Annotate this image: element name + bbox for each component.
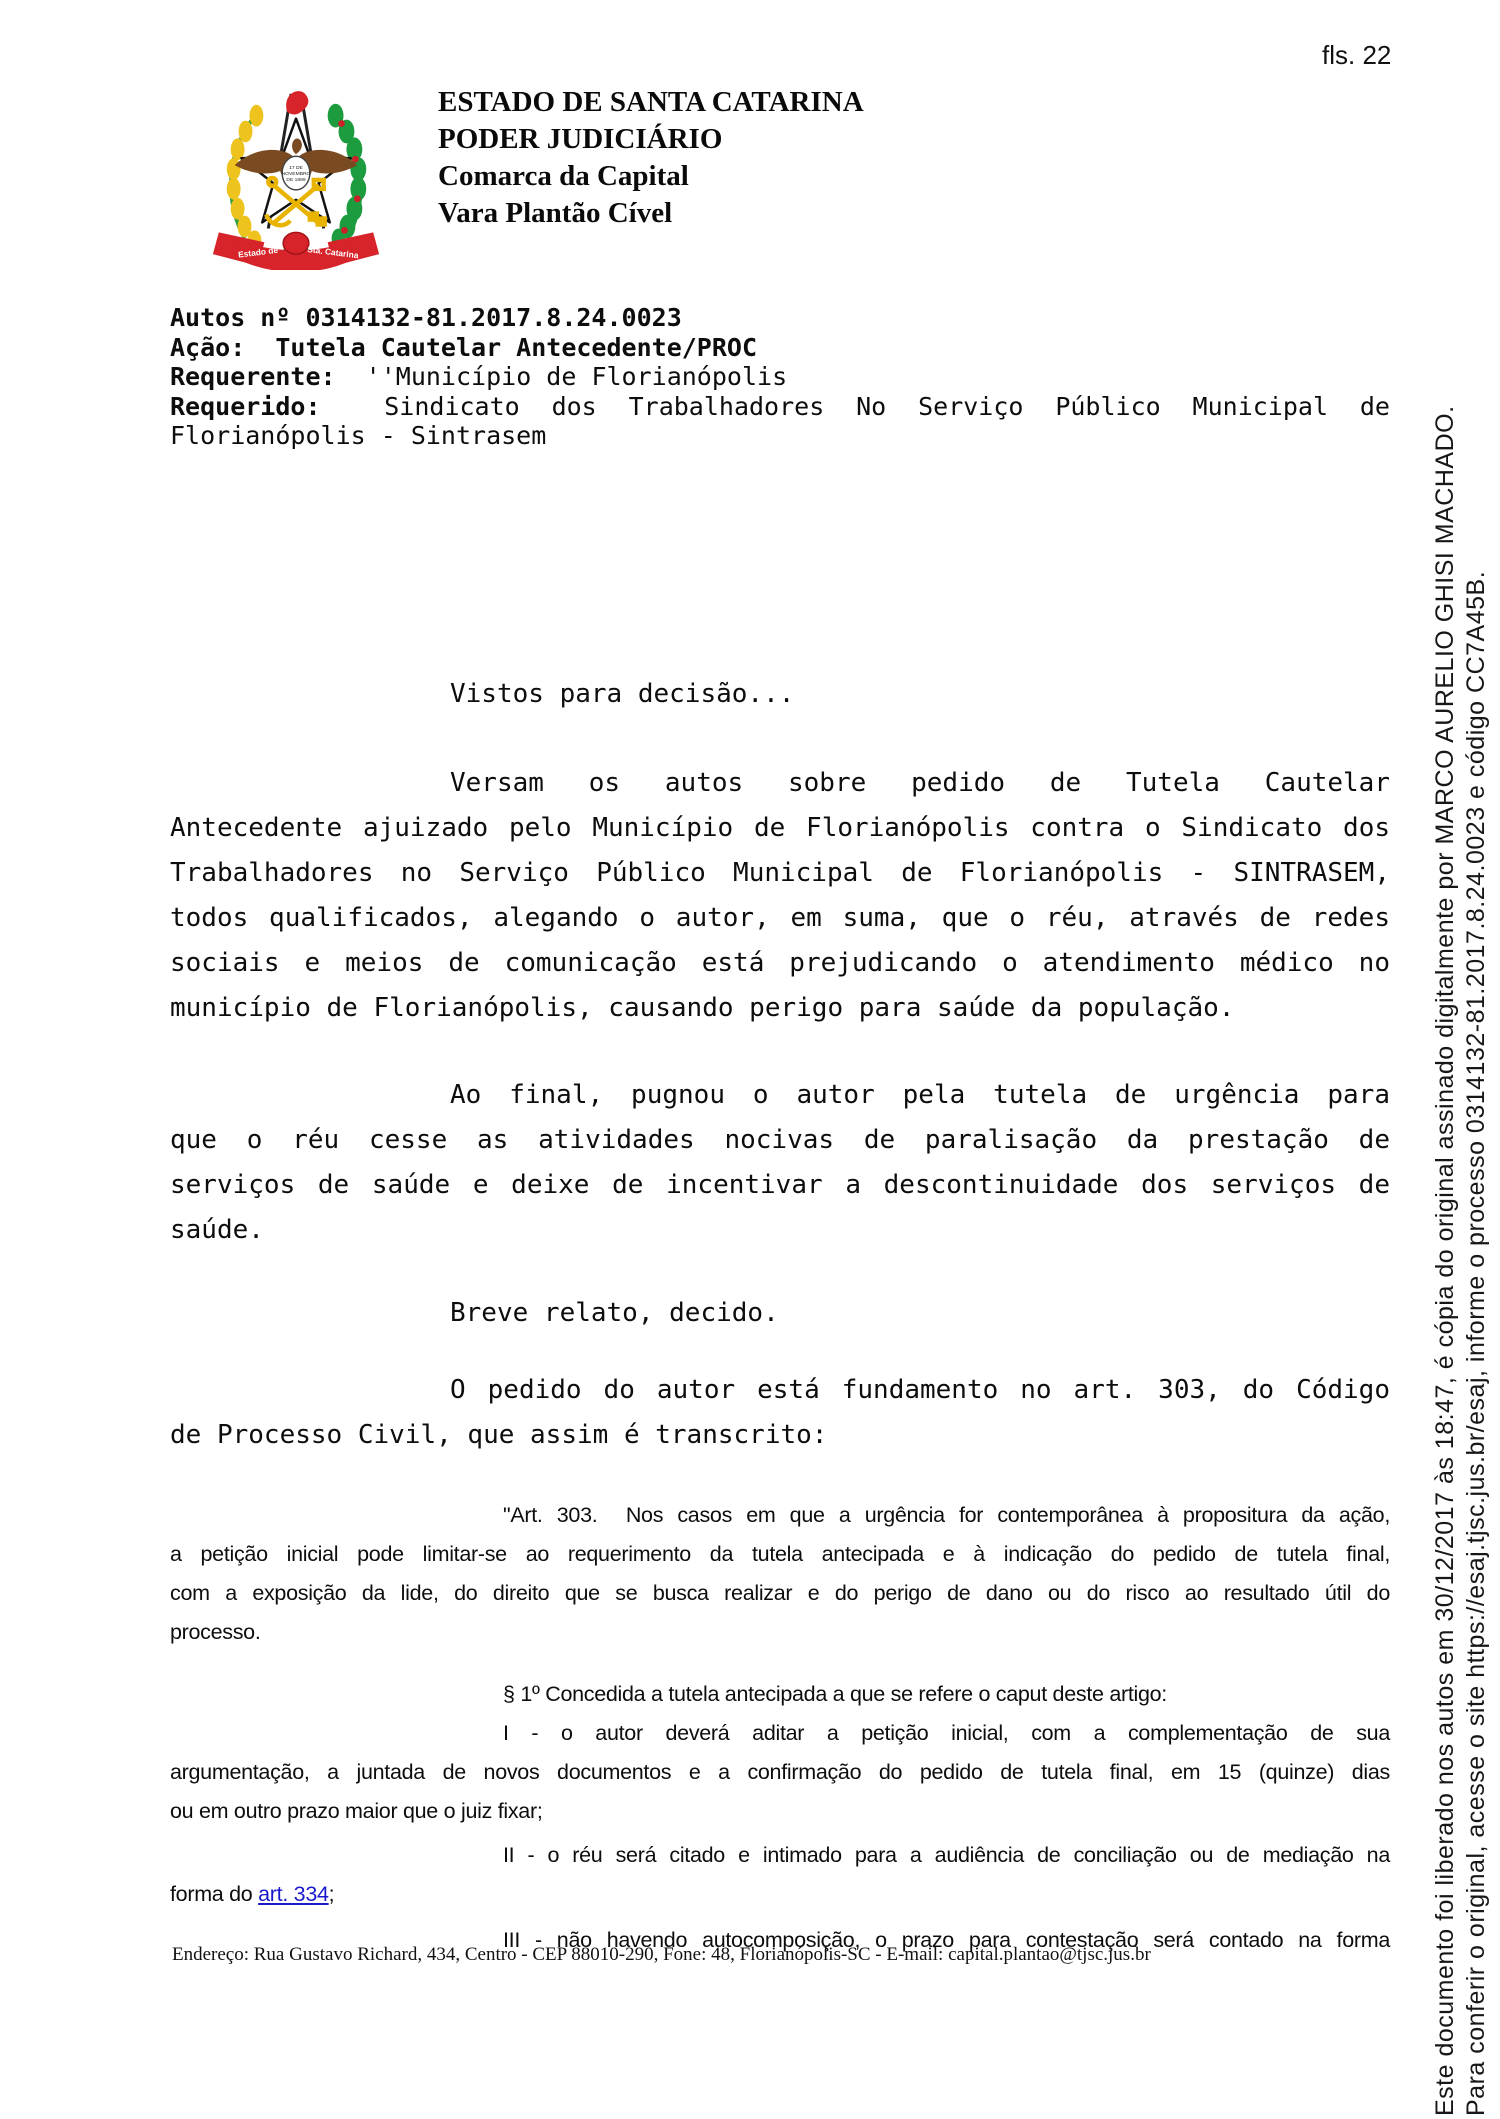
digital-signature-note: Este documento foi liberado nos autos em… bbox=[1430, 416, 1492, 2116]
respondent-label: Requerido: bbox=[170, 392, 321, 421]
quote-item-I: I - o autor deverá aditar a petição inic… bbox=[170, 1714, 1390, 1831]
signature-note-line2: Para conferir o original, acesse o site … bbox=[1461, 416, 1492, 2116]
org-branch-line: PODER JUDICIÁRIO bbox=[438, 121, 864, 158]
paragraph-report: Versam os autos sobre pedido de Tutela C… bbox=[170, 761, 1390, 1031]
case-info: Autos nº 0314132-81.2017.8.24.0023 Ação:… bbox=[170, 303, 1390, 451]
org-comarca-line: Comarca da Capital bbox=[438, 158, 864, 195]
quote-item-II: II - o réu será citado e intimado para a… bbox=[170, 1836, 1390, 1914]
coat-of-arms-icon: 17 DE NOVEMBRO DE 1889 Estado de bbox=[206, 82, 386, 270]
paragraph-request: Ao final, pugnou o autor pela tutela de … bbox=[170, 1073, 1390, 1253]
ribbon-icon: Estado de Sta. Catarina bbox=[213, 232, 379, 270]
paragraph-decido: Breve relato, decido. bbox=[170, 1291, 1390, 1336]
paragraph-vistos: Vistos para decisão... bbox=[170, 672, 1390, 717]
shield-text: NOVEMBRO bbox=[282, 171, 311, 177]
case-claimant: Requerente: ''Município de Florianópolis bbox=[170, 362, 1390, 392]
document-page: fls. 22 bbox=[0, 0, 1500, 2119]
case-action: Ação: Tutela Cautelar Antecedente/PROC bbox=[170, 333, 1390, 363]
decision-body: Vistos para decisão... Versam os autos s… bbox=[170, 672, 1390, 1458]
org-state-line: ESTADO DE SANTA CATARINA bbox=[438, 84, 864, 121]
signature-note-line1: Este documento foi liberado nos autos em… bbox=[1430, 416, 1461, 2116]
respondent-value: Sindicato dos Trabalhadores No Serviço P… bbox=[321, 392, 1390, 421]
claimant-value: ''Município de Florianópolis bbox=[336, 362, 788, 391]
claimant-label: Requerente: bbox=[170, 362, 336, 391]
case-respondent: Requerido: Sindicato dos Trabalhadores N… bbox=[170, 392, 1390, 422]
art-334-link[interactable]: art. 334 bbox=[258, 1882, 329, 1906]
quote-paragraph-1: § 1º Concedida a tutela antecipada a que… bbox=[170, 1675, 1390, 1714]
shield-text: DE 1889 bbox=[286, 177, 305, 183]
folio-number: fls. 22 bbox=[1322, 40, 1391, 71]
wheat-branch-icon bbox=[227, 105, 264, 250]
court-header: ESTADO DE SANTA CATARINA PODER JUDICIÁRI… bbox=[438, 84, 864, 232]
quote-art-303: "Art. 303. Nos casos em que a urgência f… bbox=[170, 1496, 1390, 1652]
case-respondent-continuation: Florianópolis - Sintrasem bbox=[170, 421, 1390, 451]
statute-quote: "Art. 303. Nos casos em que a urgência f… bbox=[170, 1496, 1390, 1960]
quote-item-II-continuation: forma do art. 334; bbox=[170, 1875, 1390, 1914]
case-number: Autos nº 0314132-81.2017.8.24.0023 bbox=[170, 303, 1390, 333]
laurel-branch-icon bbox=[328, 104, 367, 248]
paragraph-legal-basis: O pedido do autor está fundamento no art… bbox=[170, 1368, 1390, 1458]
shield-icon: 17 DE NOVEMBRO DE 1889 bbox=[282, 156, 311, 190]
org-vara-line: Vara Plantão Cível bbox=[438, 195, 864, 232]
shield-text: 17 DE bbox=[289, 165, 303, 171]
footer-address: Endereço: Rua Gustavo Richard, 434, Cent… bbox=[172, 1944, 1151, 1966]
